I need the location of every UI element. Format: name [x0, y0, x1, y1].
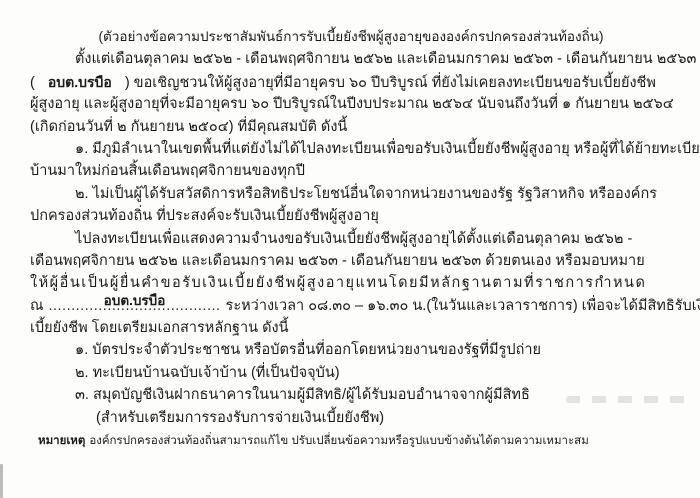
- registration-hours-text: ระหว่างเวลา ๐๘.๓๐ – ๑๖.๓๐ น.(ในวันและเวล…: [226, 298, 700, 314]
- document-item-2: ๒. ทะเบียนบ้านฉบับเจ้าบ้าน (ที่เป็นปัจจุ…: [30, 362, 672, 384]
- scanned-document-page: (ตัวอย่างข้อความประชาสัมพันธ์การรับเบี้ย…: [0, 0, 700, 498]
- registration-line-5: เบี้ยยังชีพ โดยเตรียมเอกสารหลักฐาน ดังนี…: [30, 317, 672, 339]
- document-item-3-note: (สำหรับเตรียมการรองรับการจ่ายเงินเบี้ยยั…: [30, 407, 672, 429]
- org-name-inline: อบต.บรบือ: [35, 74, 125, 90]
- qualification-item-1-line-1: ๑. มีภูมิลำเนาในเขตพื้นที่แต่ยังไม่ได้ไป…: [30, 138, 672, 160]
- org-name-fill-in-field: ......................................อบ…: [48, 295, 220, 317]
- registration-line-2: เดือนพฤศจิกายน ๒๕๖๒ และเดือนมกราคม ๒๕๖๓ …: [30, 250, 672, 272]
- document-item-1: ๑. บัตรประจำตัวประชาชน หรือบัตรอื่นที่ออ…: [30, 339, 672, 361]
- footnote: หมายเหตุองค์กรปกครองส่วนท้องถิ่นสามารถแก…: [30, 430, 672, 452]
- org-name-handwritten: อบต.บรบือ: [104, 290, 166, 312]
- footnote-text: องค์กรปกครองส่วนท้องถิ่นสามารถแก้ไข ปรับ…: [89, 435, 588, 447]
- registration-line-1: ไปลงทะเบียนเพื่อแสดงความจำนงขอรับเงินเบี…: [30, 228, 672, 250]
- intro-line-2-rest: ) ขอเชิญชวนให้ผู้สูงอายุที่มีอายุครบ ๖๐ …: [125, 75, 656, 91]
- footnote-label: หมายเหตุ: [38, 435, 85, 447]
- qualification-item-2-line-2: ปกครองส่วนท้องถิ่น ที่ประสงค์จะรับเงินเบ…: [30, 205, 672, 227]
- intro-line-2: (อบต.บรบือ) ขอเชิญชวนให้ผู้สูงอายุที่มีอ…: [30, 71, 672, 93]
- scan-edge-artifact: [0, 464, 3, 498]
- document-title: (ตัวอย่างข้อความประชาสัมพันธ์การรับเบี้ย…: [30, 26, 672, 48]
- location-prefix: ณ: [30, 298, 43, 314]
- qualification-item-2-line-1: ๒. ไม่เป็นผู้ได้รับสวัสดิการหรือสิทธิประ…: [30, 183, 672, 205]
- intro-line-4: (เกิดก่อนวันที่ ๒ กันยายน ๒๕๐๔) ที่มีคุณ…: [30, 116, 672, 138]
- scan-noise-smudge: [566, 396, 686, 403]
- registration-location-line: ณ......................................อ…: [30, 295, 672, 317]
- intro-line-1: ตั้งแต่เดือนตุลาคม ๒๕๖๒ - เดือนพฤศจิกายน…: [30, 48, 672, 70]
- intro-line-3: ผู้สูงอายุ และผู้สูงอายุที่จะมีอายุครบ ๖…: [30, 93, 672, 115]
- qualification-item-1-line-2: บ้านมาใหม่ก่อนสิ้นเดือนพฤศจิกายนของทุกปี: [30, 160, 672, 182]
